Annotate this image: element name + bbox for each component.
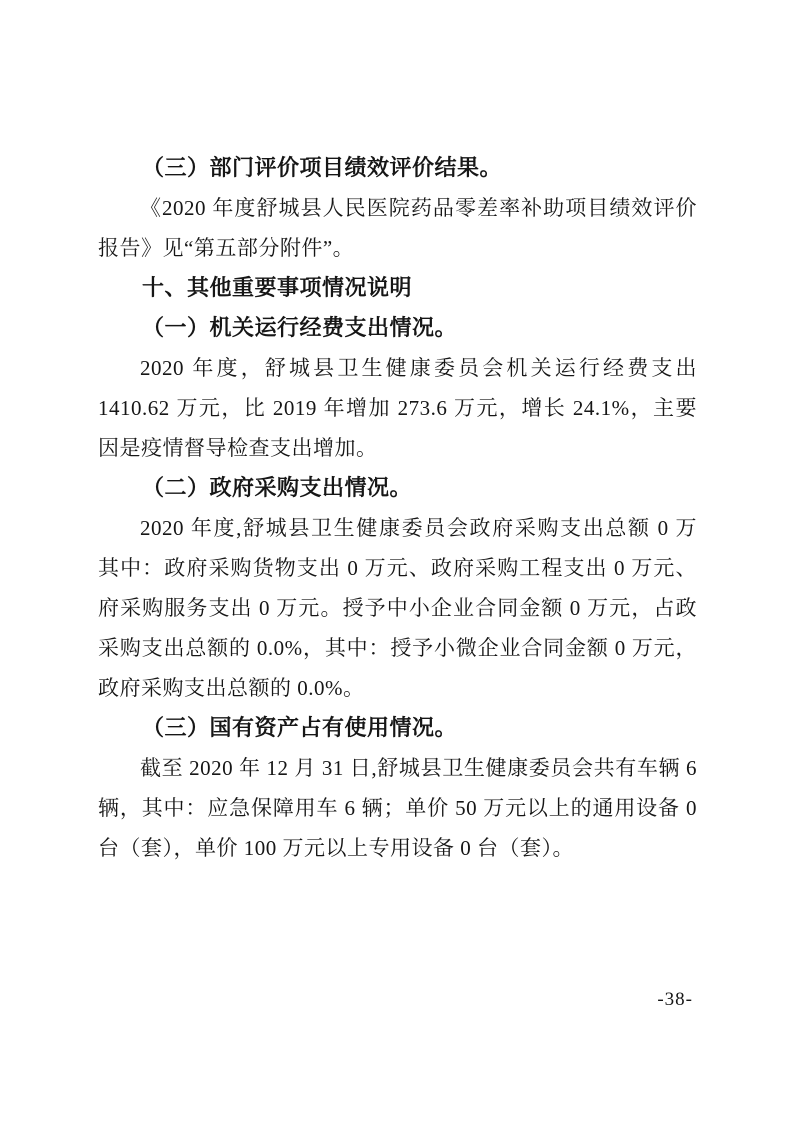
paragraph-line: 《2020 年度舒城县人民医院药品零差率补助项目绩效评价: [98, 188, 697, 228]
document-body: （三）部门评价项目绩效评价结果。《2020 年度舒城县人民医院药品零差率补助项目…: [98, 148, 697, 868]
section-heading: （三）国有资产占有使用情况。: [98, 708, 697, 748]
section-heading: 十、其他重要事项情况说明: [98, 268, 697, 308]
section-heading: （一）机关运行经费支出情况。: [98, 308, 697, 348]
page-number: -38-: [657, 989, 693, 1011]
paragraph-line: 因是疫情督导检查支出增加。: [98, 428, 697, 468]
paragraph-line: 截至 2020 年 12 月 31 日,舒城县卫生健康委员会共有车辆 6: [98, 748, 697, 788]
paragraph-line: 报告》见“第五部分附件”。: [98, 228, 697, 268]
paragraph-line: 其中：政府采购货物支出 0 万元、政府采购工程支出 0 万元、政: [98, 548, 697, 588]
document-page: （三）部门评价项目绩效评价结果。《2020 年度舒城县人民医院药品零差率补助项目…: [0, 0, 793, 1122]
section-heading: （二）政府采购支出情况。: [98, 468, 697, 508]
paragraph-line: 1410.62 万元，比 2019 年增加 273.6 万元，增长 24.1%，…: [98, 388, 697, 428]
paragraph-line: 2020 年度,舒城县卫生健康委员会政府采购支出总额 0 万元，: [98, 508, 697, 548]
paragraph-line: 采购支出总额的 0.0%，其中：授予小微企业合同金额 0 万元，占: [98, 628, 697, 668]
paragraph-line: 府采购服务支出 0 万元。授予中小企业合同金额 0 万元，占政府: [98, 588, 697, 628]
paragraph-line: 2020 年度，舒城县卫生健康委员会机关运行经费支出: [98, 348, 697, 388]
paragraph-line: 台（套），单价 100 万元以上专用设备 0 台（套）。: [98, 828, 697, 868]
paragraph-line: 政府采购支出总额的 0.0%。: [98, 668, 697, 708]
section-heading: （三）部门评价项目绩效评价结果。: [98, 148, 697, 188]
paragraph-line: 辆，其中：应急保障用车 6 辆；单价 50 万元以上的通用设备 0: [98, 788, 697, 828]
